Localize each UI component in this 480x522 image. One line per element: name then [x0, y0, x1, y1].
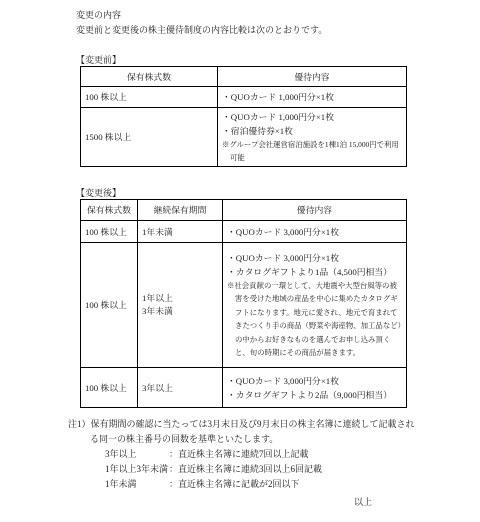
benefit-line: ・カタログギフトより1品（4,500円相当）	[227, 265, 402, 279]
after-row1-shares: 100 株以上	[81, 221, 138, 243]
after-change-table: 保有株式数 継続保有期間 優待内容 100 株以上 1年未満 ・QUOカード 3…	[80, 199, 407, 408]
document-page: 変更の内容 変更前と変更後の株主優待制度の内容比較は次のとおりです。 【変更前】…	[0, 0, 480, 522]
after-row3-shares: 100 株以上	[81, 368, 138, 408]
benefit-line: ・QUOカード 3,000円分×1枚	[227, 374, 402, 388]
footnote-item: 1年以上3年未満：直近株主名簿に連続3回以上6回記載	[105, 462, 430, 477]
closing-text: 以上	[354, 495, 372, 510]
footnote-desc: ：直近株主名簿に連続3回以上6回記載	[169, 464, 322, 474]
after-col-header-period: 継続保有期間	[138, 200, 223, 221]
after-row3-period: 3年以上	[138, 368, 223, 408]
after-row2-benefit: ・QUOカード 3,000円分×1枚 ・カタログギフトより1品（4,500円相当…	[223, 243, 407, 368]
footnote-line: る同一の株主番号の回数を基準といたします。	[90, 432, 430, 447]
footnote-term: 1年未満	[105, 477, 169, 492]
before-row2-benefit: ・QUOカード 1,000円分×1枚 ・宿泊優待券×1枚 ※グループ会社運営宿泊…	[218, 108, 407, 167]
table-row: 100 株以上 ・QUOカード 1,000円分×1枚	[81, 87, 407, 108]
after-col-header-benefit: 優待内容	[223, 200, 407, 221]
benefit-line: ・QUOカード 3,000円分×1枚	[227, 251, 402, 265]
footnote-item: 3年以上：直近株主名簿に連続7回以上記載	[105, 447, 430, 462]
before-row1-benefit: ・QUOカード 1,000円分×1枚	[218, 87, 407, 108]
footnote-line: 注1）保有期間の確認に当たっては3月末日及び9月末日の株主名簿に連続して記載され	[68, 417, 430, 432]
benefit-line: ・QUOカード 3,000円分×1枚	[227, 225, 402, 239]
after-col-header-shares: 保有株式数	[81, 200, 138, 221]
benefit-line: ・QUOカード 1,000円分×1枚	[222, 90, 402, 104]
before-col-header-shares: 保有株式数	[81, 67, 218, 87]
table-row: 100 株以上 1年以上 3年未満 ・QUOカード 3,000円分×1枚 ・カタ…	[81, 243, 407, 368]
before-change-table: 保有株式数 優待内容 100 株以上 ・QUOカード 1,000円分×1枚 15…	[80, 66, 407, 167]
after-row1-benefit: ・QUOカード 3,000円分×1枚	[223, 221, 407, 243]
benefit-note: ※社会貢献の一環として、大地震や大型台風等の被害を受けた地域の産品を中心に集めた…	[227, 279, 402, 360]
footnote-term: 3年以上	[105, 447, 169, 462]
benefit-line: ・QUOカード 1,000円分×1枚	[222, 110, 402, 124]
benefit-line: ・カタログギフトより2品（9,000円相当）	[227, 388, 402, 402]
after-table-header-row: 保有株式数 継続保有期間 優待内容	[81, 200, 407, 221]
before-col-header-benefit: 優待内容	[218, 67, 407, 87]
table-row: 100 株以上 3年以上 ・QUOカード 3,000円分×1枚 ・カタログギフト…	[81, 368, 407, 408]
page-title: 変更の内容	[76, 8, 121, 23]
footnotes: 注1）保有期間の確認に当たっては3月末日及び9月末日の株主名簿に連続して記載され…	[68, 417, 430, 492]
table-row: 1500 株以上 ・QUOカード 1,000円分×1枚 ・宿泊優待券×1枚 ※グ…	[81, 108, 407, 167]
footnote-desc: ：直近株主名簿に連続7回以上記載	[169, 449, 309, 459]
footnote-item: 1年未満：直近株主名簿に記載が2回以下	[105, 477, 430, 492]
after-row1-period: 1年未満	[138, 221, 223, 243]
after-row2-period: 1年以上 3年未満	[138, 243, 223, 368]
benefit-note: ※グループ会社運営宿泊施設を1棟1泊 15,000円で利用可能	[222, 138, 402, 165]
footnote-term: 1年以上3年未満	[105, 462, 169, 477]
period-line: 1年以上	[142, 292, 218, 305]
after-row2-shares: 100 株以上	[81, 243, 138, 368]
before-row2-shares: 1500 株以上	[81, 108, 218, 167]
period-line: 3年未満	[142, 305, 218, 318]
after-row3-benefit: ・QUOカード 3,000円分×1枚 ・カタログギフトより2品（9,000円相当…	[223, 368, 407, 408]
benefit-line: ・宿泊優待券×1枚	[222, 124, 402, 138]
intro-text: 変更前と変更後の株主優待制度の内容比較は次のとおりです。	[76, 23, 327, 38]
before-row1-shares: 100 株以上	[81, 87, 218, 108]
table-row: 100 株以上 1年未満 ・QUOカード 3,000円分×1枚	[81, 221, 407, 243]
footnote-desc: ：直近株主名簿に記載が2回以下	[169, 479, 300, 489]
before-table-header-row: 保有株式数 優待内容	[81, 67, 407, 87]
